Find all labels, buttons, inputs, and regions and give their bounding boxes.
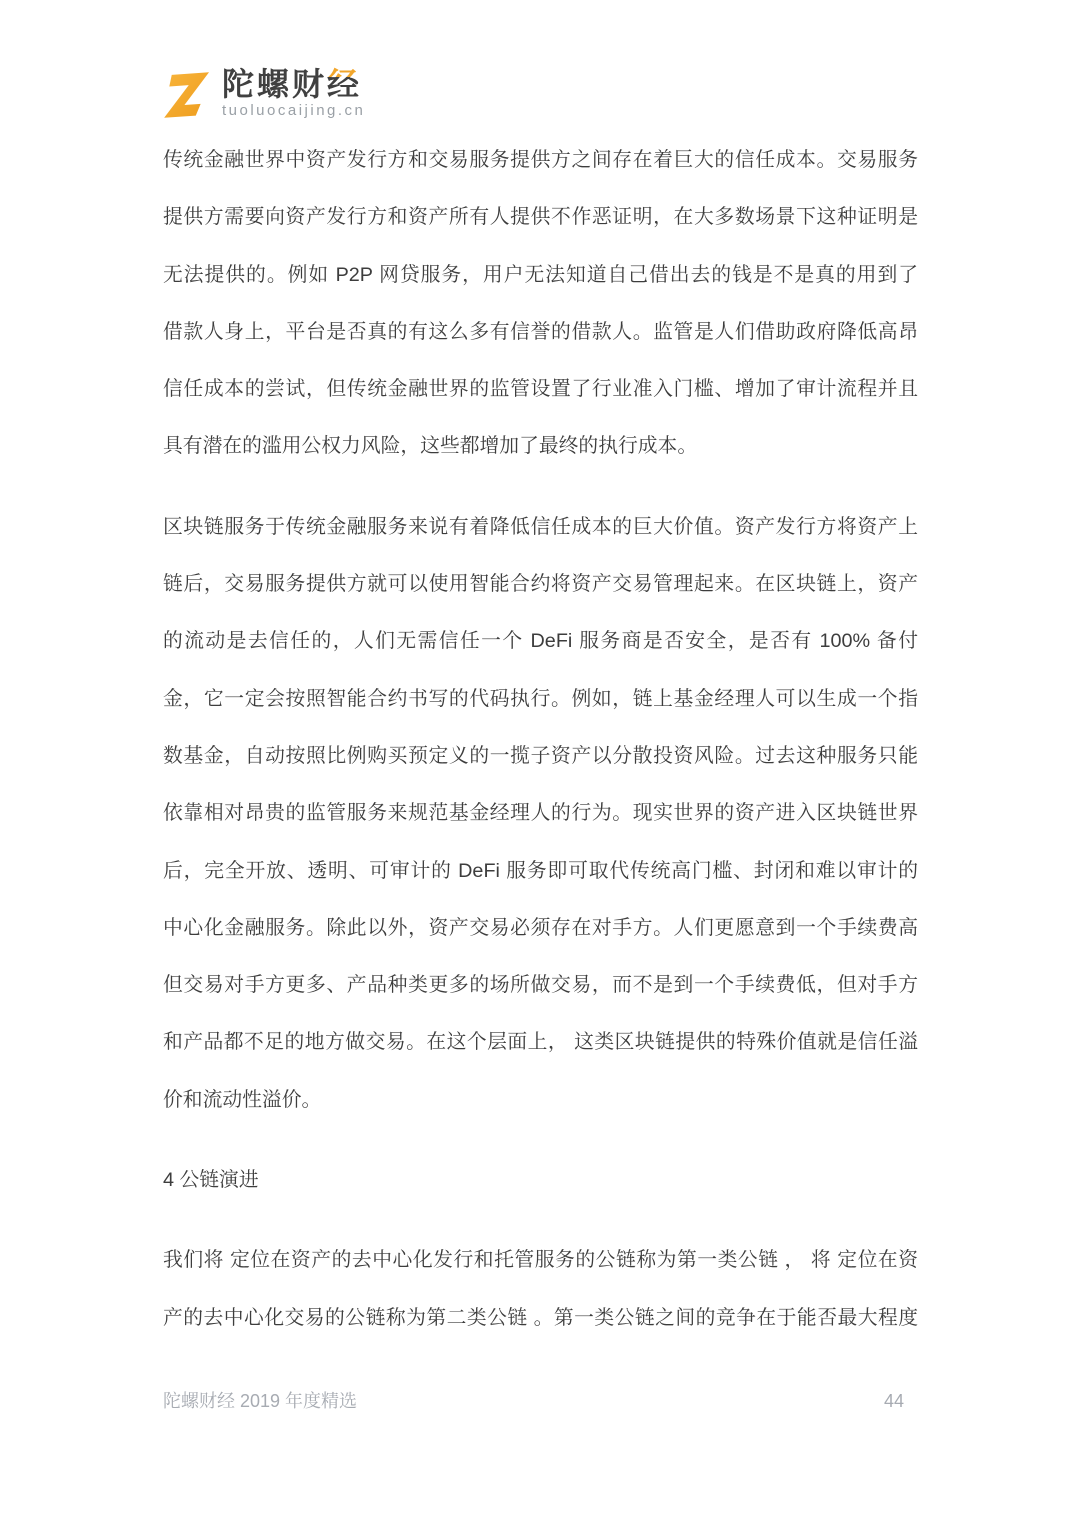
body-text: 传统金融世界中资产发行方和交易服务提供方之间存在着巨大的信任成本。交易服务提供方… [163,132,918,1370]
text-line: 和产品都不足的地方做交易。在这个层面上， 这类区块链提供的特殊价值就是信任溢 [163,1014,918,1071]
section-heading: 4 公链演进 [163,1152,918,1209]
text-line: 区块链服务于传统金融服务来说有着降低信任成本的巨大价值。资产发行方将资产上 [163,499,918,556]
paragraph: 传统金融世界中资产发行方和交易服务提供方之间存在着巨大的信任成本。交易服务提供方… [163,132,918,476]
text-line: 链后，交易服务提供方就可以使用智能合约将资产交易管理起来。在区块链上，资产 [163,556,918,613]
footer: 陀螺财经 2019 年度精选 44 [163,1388,918,1414]
text-line: 借款人身上，平台是否真的有这么多有信誉的借款人。监管是人们借助政府降低高昂 [163,304,918,361]
document-page: 陀螺财经 tuoluocaijing.cn 传统金融世界中资产发行方和交易服务提… [0,0,1080,1527]
text-line: 数基金，自动按照比例购买预定义的一揽子资产以分散投资风险。过去这种服务只能 [163,728,918,785]
text-line: 金，它一定会按照智能合约书写的代码执行。例如，链上基金经理人可以生成一个指 [163,671,918,728]
brand-logo: 陀螺财经 tuoluocaijing.cn [161,66,365,121]
brand-domain: tuoluocaijing.cn [222,103,365,119]
z-logo-icon [161,69,213,121]
text-line: 信任成本的尝试，但传统金融世界的监管设置了行业准入门槛、增加了审计流程并且 [163,361,918,418]
text-line: 后，完全开放、透明、可审计的 DeFi 服务即可取代传统高门槛、封闭和难以审计的 [163,843,918,900]
brand-name-main: 陀螺财 [222,66,327,102]
text-line: 具有潜在的滥用公权力风险，这些都增加了最终的执行成本。 [163,418,918,475]
page-number: 44 [884,1388,918,1414]
text-line: 传统金融世界中资产发行方和交易服务提供方之间存在着巨大的信任成本。交易服务 [163,132,918,189]
text-line: 但交易对手方更多、产品种类更多的场所做交易，而不是到一个手续费低，但对手方 [163,957,918,1014]
text-line: 中心化金融服务。除此以外，资产交易必须存在对手方。人们更愿意到一个手续费高 [163,900,918,957]
footer-source: 陀螺财经 2019 年度精选 [163,1388,357,1414]
text-line: 提供方需要向资产发行方和资产所有人提供不作恶证明，在大多数场景下这种证明是 [163,189,918,246]
text-line: 我们将 定位在资产的去中心化发行和托管服务的公链称为第一类公链 ， 将 定位在资 [163,1232,918,1289]
brand-name-accent-char: 经 [327,66,362,102]
brand-name: 陀螺财经 [222,66,365,102]
text-line: 价和流动性溢价。 [163,1072,918,1129]
paragraph: 区块链服务于传统金融服务来说有着降低信任成本的巨大价值。资产发行方将资产上链后，… [163,499,918,1129]
text-line: 的流动是去信任的，人们无需信任一个 DeFi 服务商是否安全，是否有 100% … [163,613,918,670]
brand-text: 陀螺财经 tuoluocaijing.cn [222,66,365,119]
text-line: 产的去中心化交易的公链称为第二类公链 。第一类公链之间的竞争在于能否最大程度 [163,1290,918,1347]
text-line: 无法提供的。例如 P2P 网贷服务，用户无法知道自己借出去的钱是不是真的用到了 [163,247,918,304]
text-line: 依靠相对昂贵的监管服务来规范基金经理人的行为。现实世界的资产进入区块链世界 [163,785,918,842]
text-line: 4 公链演进 [163,1152,918,1209]
paragraph: 我们将 定位在资产的去中心化发行和托管服务的公链称为第一类公链 ， 将 定位在资… [163,1232,918,1347]
